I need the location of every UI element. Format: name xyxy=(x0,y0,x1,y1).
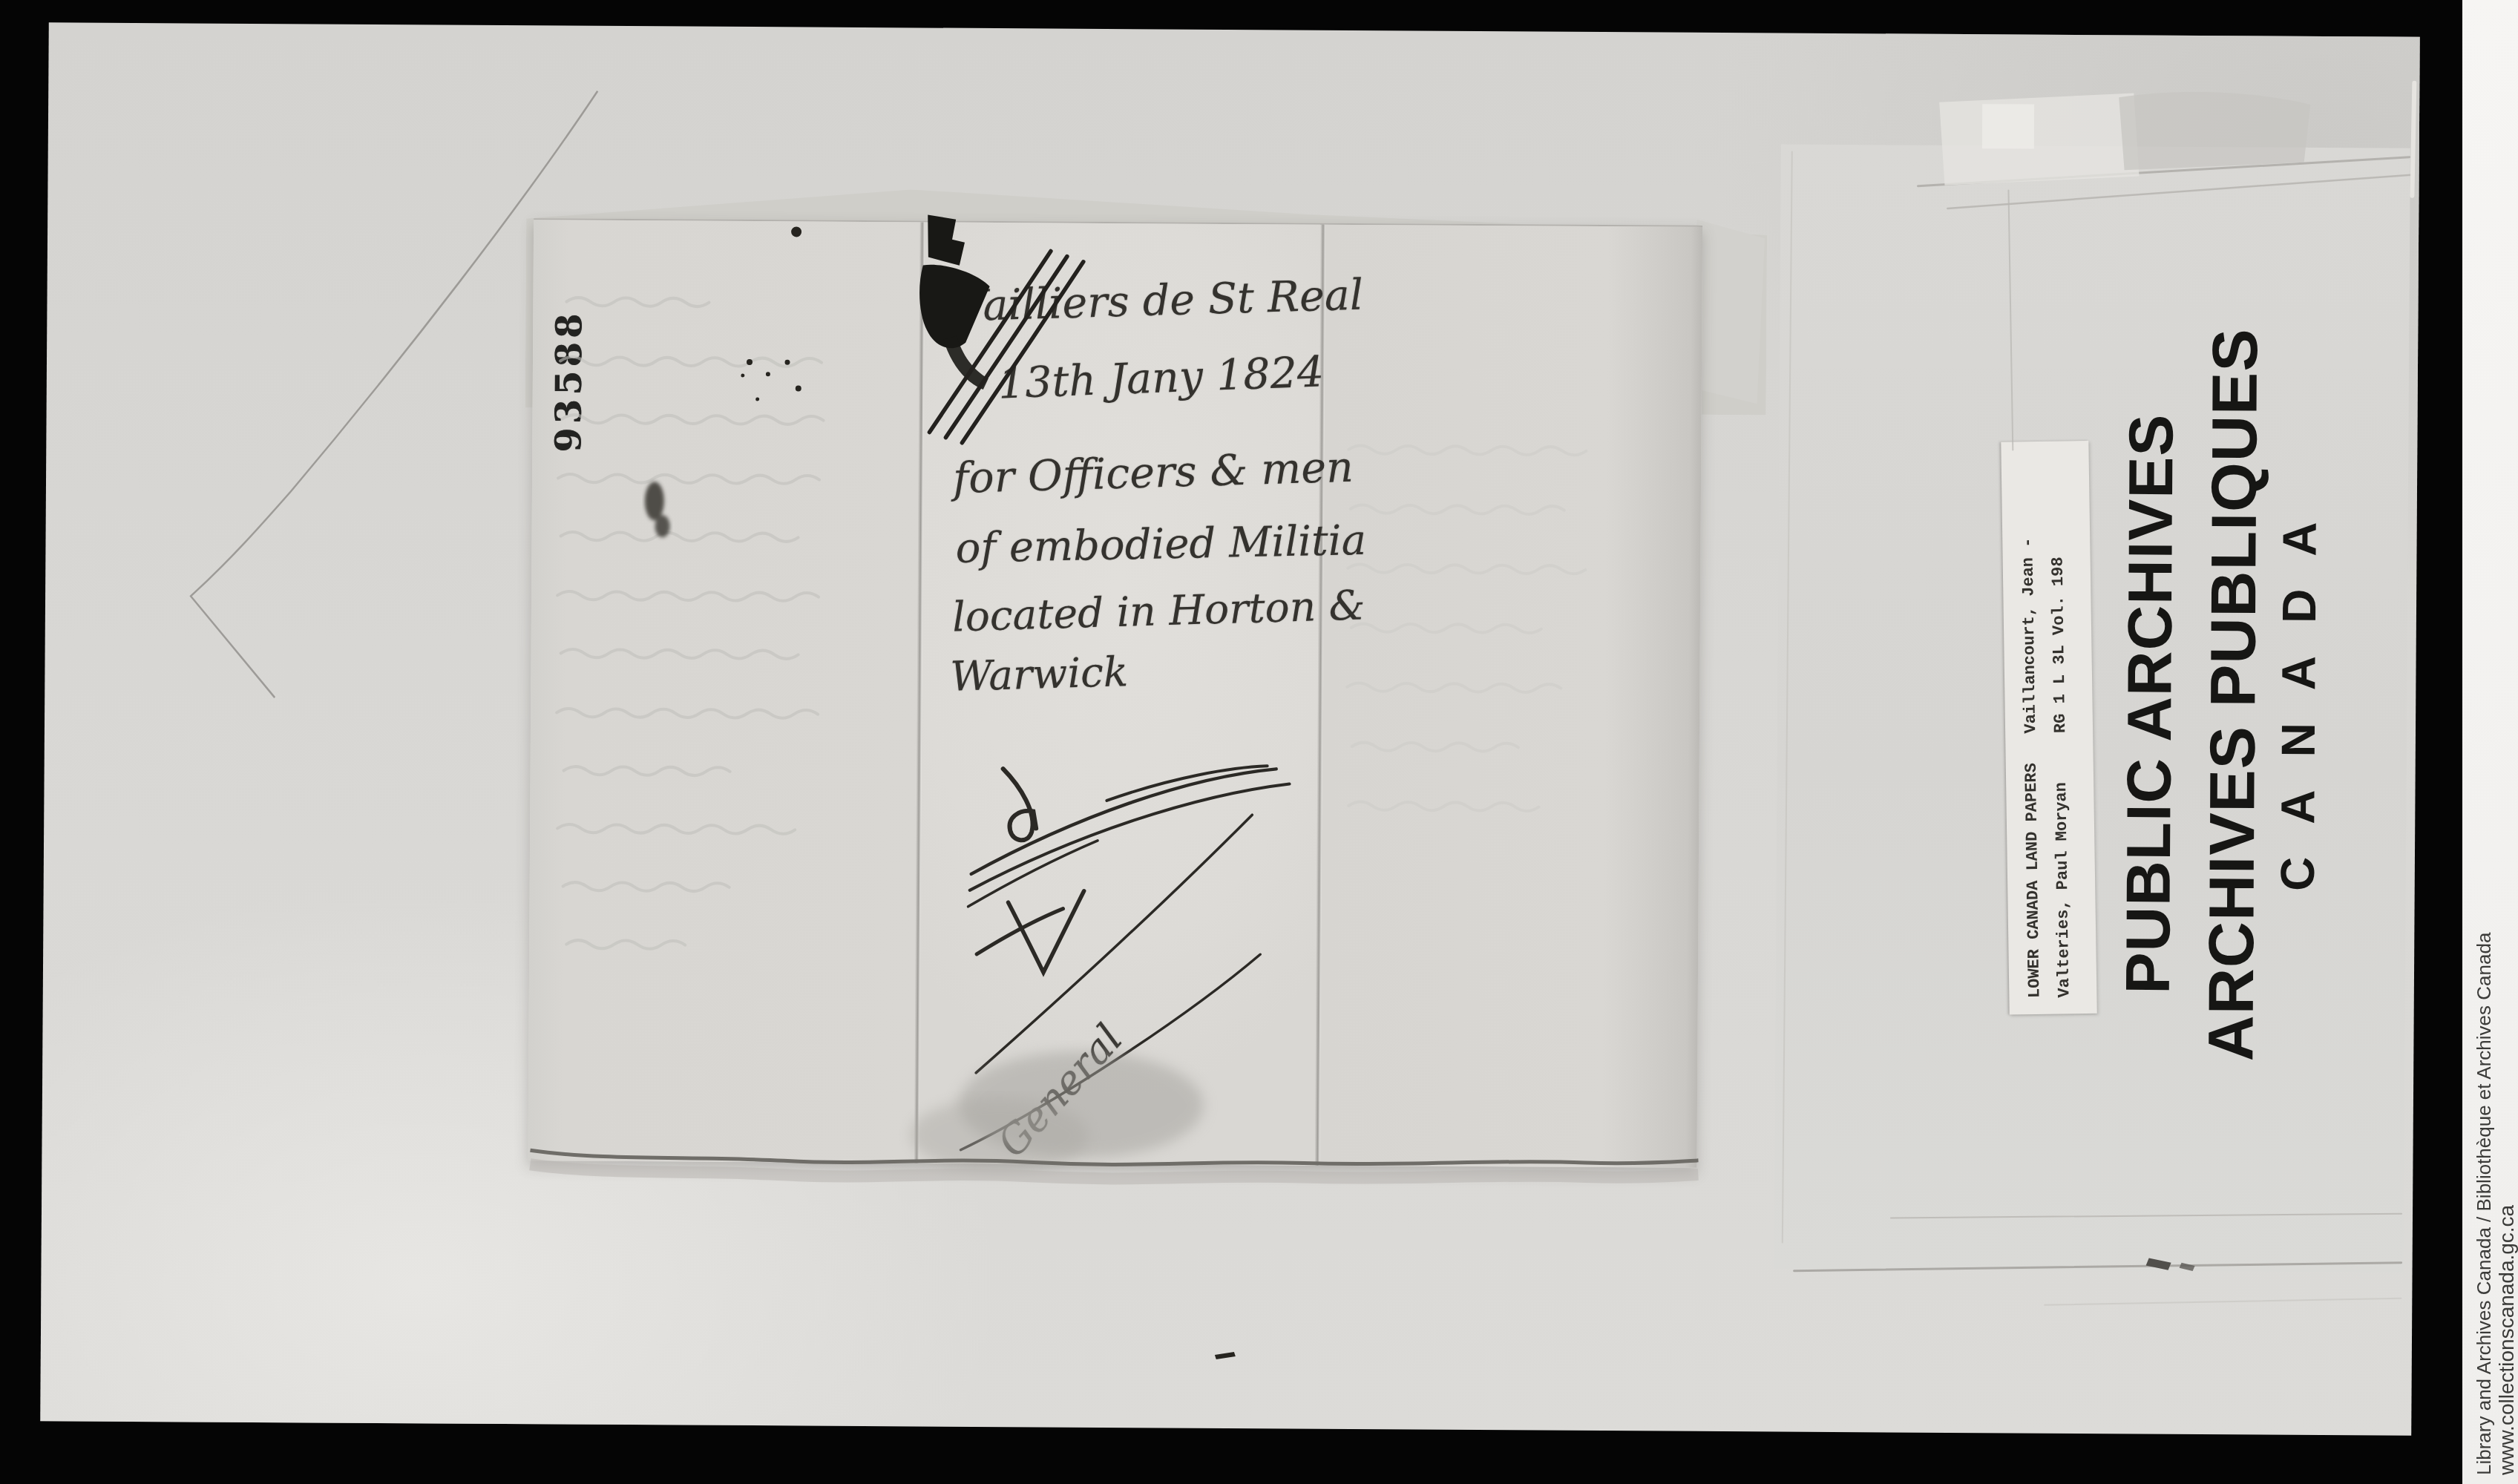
archives-card: PUBLIC ARCHIVES ARCHIVES PUBLIQUES CANAD… xyxy=(1774,145,2410,1273)
typed-reference-label: LOWER CANADA LAND PAPERS Vaillancourt, J… xyxy=(2001,441,2096,1015)
letter-right-panel xyxy=(1318,225,1702,1168)
backing-sheet-corner xyxy=(1696,220,1765,404)
public-archives-stamp-line3: CANADA xyxy=(2270,489,2327,891)
label-line-2: Valteries, Paul Moryan RG 1 L 3L Vol. 19… xyxy=(2049,556,2074,997)
label-line-1: LOWER CANADA LAND PAPERS Vaillancourt, J… xyxy=(2019,537,2044,998)
docket-line-subject4: Warwick xyxy=(950,648,1129,700)
archive-number-stamp: 93588 xyxy=(548,309,590,452)
microfilm-frame: 93588 Vailliers de St Real 13th Jany 182… xyxy=(0,0,2518,1484)
public-archives-stamp-line1: PUBLIC ARCHIVES xyxy=(2112,413,2188,994)
watermark-text-bilingual: Library and Archives Canada / Bibliothèq… xyxy=(2473,933,2496,1475)
public-archives-stamp-line2: ARCHIVES PUBLIQUES xyxy=(2194,328,2272,1062)
photo-area: 93588 Vailliers de St Real 13th Jany 182… xyxy=(40,22,2419,1435)
watermark-url: www.collectionscanada.gc.ca xyxy=(2495,1205,2518,1475)
watermark-strip: Library and Archives Canada / Bibliothèq… xyxy=(2462,0,2518,1484)
docket-line-subject2: of embodied Militia xyxy=(955,516,1367,573)
